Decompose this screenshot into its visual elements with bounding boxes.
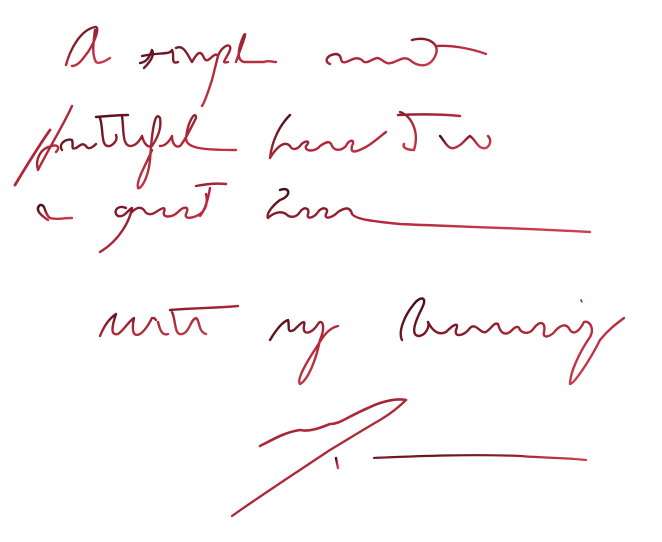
handwritten-note: A simple and faithful heart is a great b… [0, 0, 662, 542]
line-2-strokes [15, 106, 490, 188]
line-4-strokes [100, 298, 624, 400]
signature-strokes [232, 399, 586, 516]
line-3-strokes [38, 184, 590, 252]
line-1-strokes [66, 17, 486, 106]
handwriting-drawing [0, 0, 662, 542]
